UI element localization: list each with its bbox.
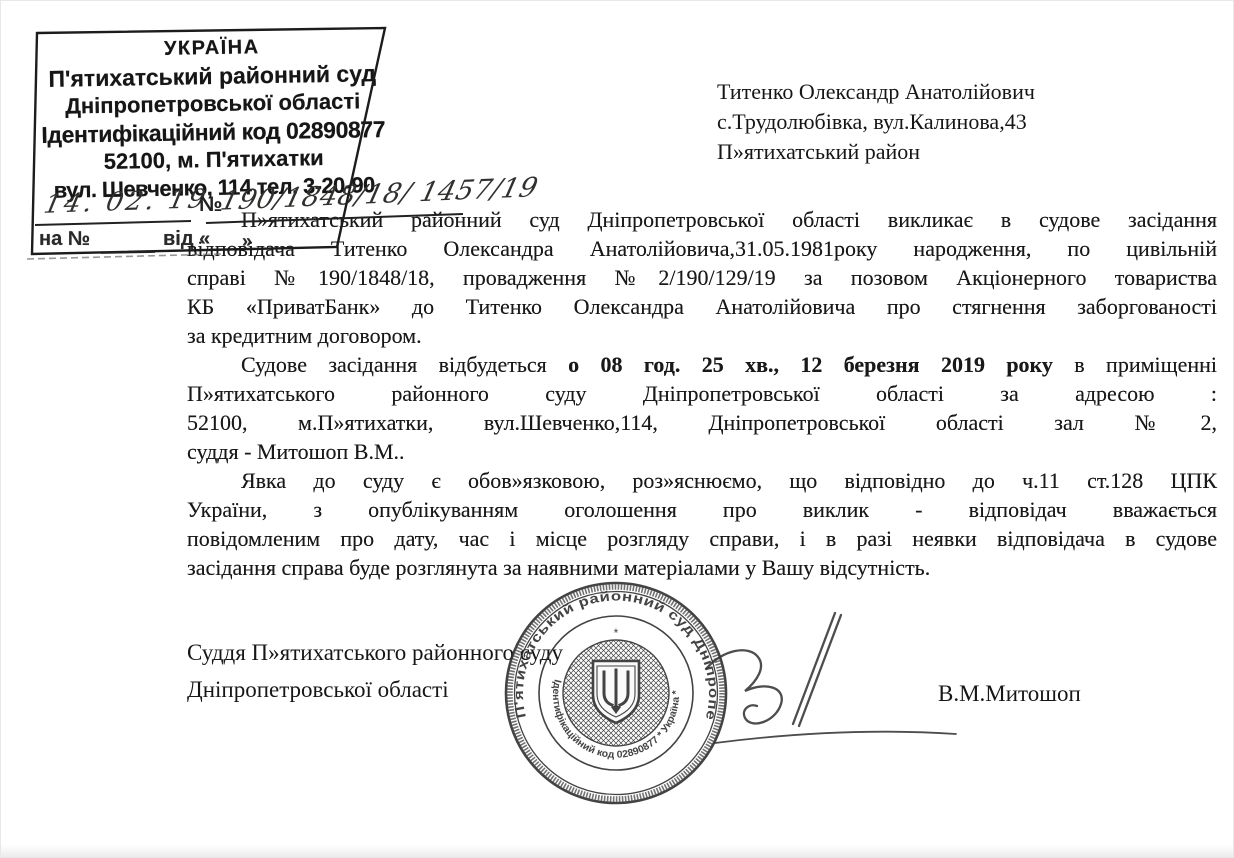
- addressee-name: Титенко Олександр Анатолійович: [717, 77, 1035, 107]
- body-line-hearing: Судове засідання відбудеться о 08 год. 2…: [187, 350, 1217, 379]
- body-text: П»ятихатський районний суд Дніпропетровс…: [187, 205, 1217, 582]
- addressee-district: П»ятихатський район: [717, 137, 1035, 167]
- body-line: П»ятихатського районного суду Дніпропетр…: [187, 379, 1217, 408]
- trident-emblem-icon: [593, 661, 639, 723]
- letterhead-stamp: УКРАЇНА П'ятихатський районний суд Дніпр…: [36, 31, 391, 205]
- body-line: КБ «ПриватБанк» до Титенко Олександра Ан…: [187, 292, 1217, 321]
- body-line: суддя - Митошоп В.М..: [187, 437, 1217, 466]
- body-line: за кредитним договором.: [187, 321, 1217, 350]
- addressee-street: с.Трудолюбівка, вул.Калинова,43: [717, 107, 1035, 137]
- signature-title-line-2: Дніпропетровської області: [187, 671, 563, 708]
- judge-signature: [706, 613, 956, 743]
- signature-flourish: [706, 650, 782, 723]
- reply-ref-label: на №: [39, 228, 90, 251]
- signature-title-line-1: Суддя П»ятихатського районного суду: [187, 634, 563, 671]
- hearing-datetime: о 08 год. 25 хв., 12 березня 2019 року: [568, 352, 1053, 377]
- scan-bottom-edge: [1, 845, 1233, 857]
- handwritten-date: 14. 02. 19: [41, 184, 211, 220]
- signature-title-block: Суддя П»ятихатського районного суду Дніп…: [187, 634, 563, 708]
- body-line: повідомленим про дату, час і місце розгл…: [187, 524, 1217, 553]
- signature-underline: [715, 732, 956, 743]
- body-line: України, з опублікуванням оголошення про…: [187, 495, 1217, 524]
- body-line: 52100, м.П»ятихатки, вул.Шевченко,114, Д…: [187, 408, 1217, 437]
- reply-underline: [101, 252, 155, 253]
- body-line: засідання справа буде розглянута за наяв…: [187, 553, 1217, 582]
- seal-star-separator: *: [614, 626, 619, 640]
- hearing-post-text: в приміщенні: [1053, 352, 1217, 377]
- judge-name: В.М.Митошоп: [938, 681, 1081, 707]
- signature-stroke-1: [793, 613, 835, 724]
- seal-hatched-disc: [563, 640, 669, 746]
- body-line: П»ятихатський районний суд Дніпропетровс…: [187, 205, 1217, 234]
- date-underline: [35, 221, 191, 225]
- body-line: справі №190/1848/18, провадження №2/190/…: [187, 263, 1217, 292]
- seal-inner-text: Ідентифікаційний код 02890877 * Україна …: [550, 678, 682, 761]
- body-line: Явка до суду є обов»язковою, роз»яснюємо…: [187, 466, 1217, 495]
- scanned-court-summons-page: УКРАЇНА П'ятихатський районний суд Дніпр…: [0, 0, 1234, 858]
- body-line: відповідача Титенко Олександра Анатолійо…: [187, 234, 1217, 263]
- addressee-block: Титенко Олександр Анатолійович с.Трудолю…: [717, 77, 1035, 167]
- signature-stroke-2: [799, 615, 841, 726]
- hearing-pre-text: Судове засідання відбудеться: [241, 352, 568, 377]
